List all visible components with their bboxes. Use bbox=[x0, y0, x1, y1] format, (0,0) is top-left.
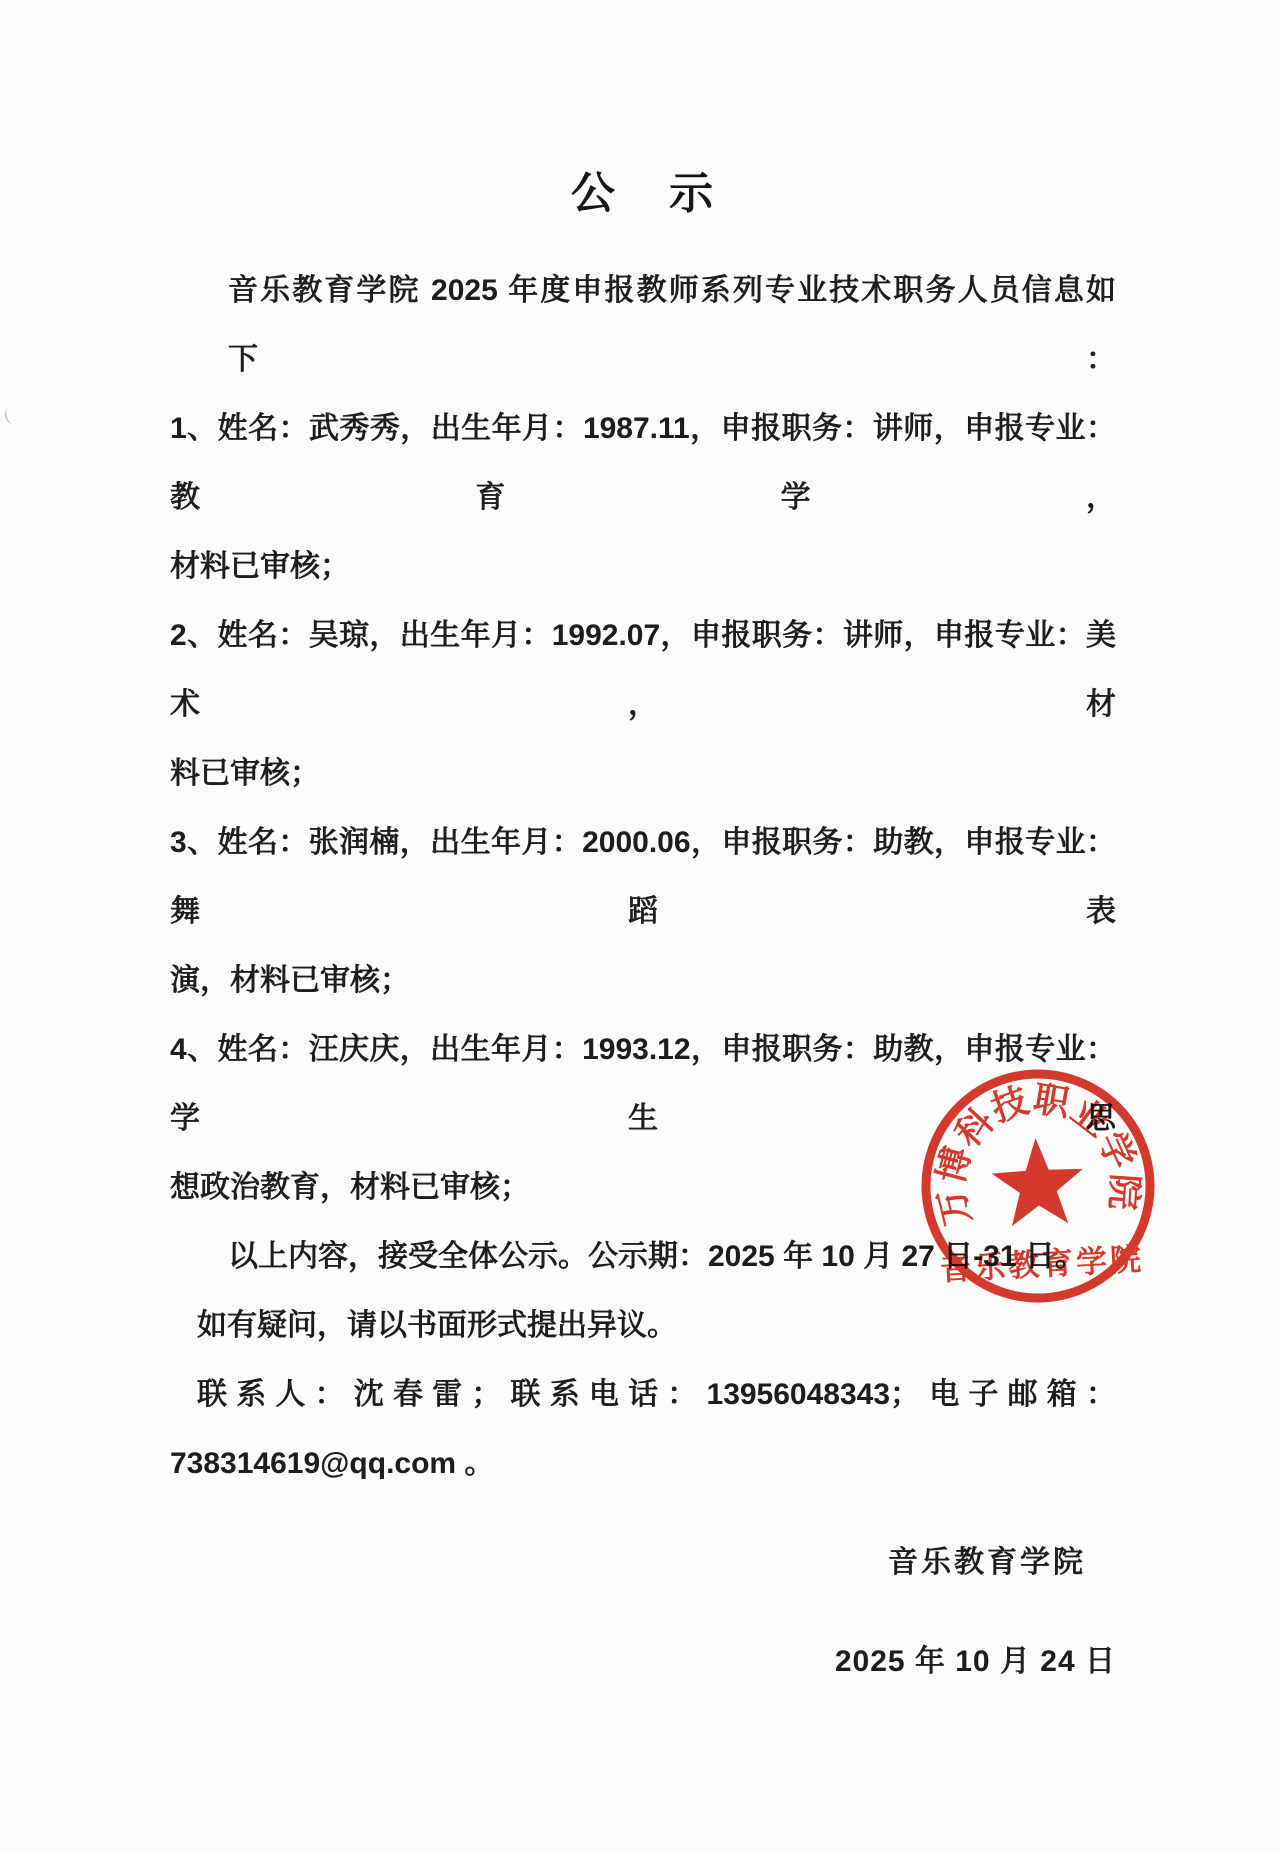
email-line: 738314619@qq.com 。 bbox=[170, 1429, 1116, 1498]
item1-line2: 材料已审核； bbox=[170, 532, 1116, 601]
intro-line: 音乐教育学院 2025 年度申报教师系列专业技术职务人员信息如下： bbox=[170, 256, 1116, 394]
notice-document: 公 示 音乐教育学院 2025 年度申报教师系列专业技术职务人员信息如下： 1、… bbox=[170, 158, 1116, 1726]
item2-line1: 2、姓名：吴琼，出生年月：1992.07，申报职务：讲师，申报专业：美术，材 bbox=[170, 601, 1116, 739]
seal-graphic: 万博科技职业学院 音乐教育学院 bbox=[901, 1049, 1174, 1322]
scanned-notice-page: 公 示 音乐教育学院 2025 年度申报教师系列专业技术职务人员信息如下： 1、… bbox=[0, 0, 1279, 1852]
official-seal: 万博科技职业学院 音乐教育学院 bbox=[901, 1049, 1174, 1322]
contact-line: 联系人：沈春雷；联系电话：13956048343；电子邮箱： bbox=[170, 1360, 1116, 1429]
seal-bottom-text: 音乐教育学院 bbox=[939, 1242, 1145, 1288]
item2-line2: 料已审核； bbox=[170, 739, 1116, 808]
signature-date: 2025 年 10 月 24 日 bbox=[170, 1627, 1116, 1696]
item3-line2: 演，材料已审核； bbox=[170, 946, 1116, 1015]
seal-star-icon bbox=[990, 1136, 1086, 1227]
item1-line1: 1、姓名：武秀秀，出生年月：1987.11，申报职务：讲师，申报专业：教育学， bbox=[170, 394, 1116, 532]
scan-artifact bbox=[3, 407, 18, 426]
page-title: 公 示 bbox=[170, 158, 1116, 230]
item3-line1: 3、姓名：张润楠，出生年月：2000.06，申报职务：助教，申报专业：舞蹈表 bbox=[170, 808, 1116, 946]
signature-unit: 音乐教育学院 bbox=[170, 1528, 1116, 1597]
